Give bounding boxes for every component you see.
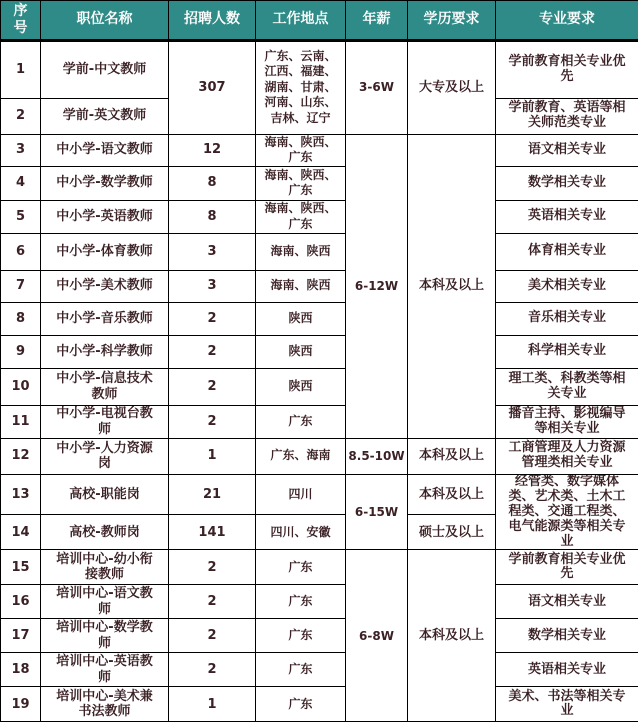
table-row: 1 学前-中文教师 307 广东、云南、江西、福建、湖南、甘肃、河南、山东、吉林… [1, 40, 638, 98]
cell-count: 2 [169, 585, 256, 619]
cell-seq: 16 [1, 585, 41, 619]
col-header-position: 职位名称 [41, 1, 169, 41]
cell-education: 本科及以上 [408, 474, 496, 514]
cell-location: 广东、云南、江西、福建、湖南、甘肃、河南、山东、吉林、辽宁 [256, 40, 346, 134]
cell-position: 中小学-美术教师 [41, 270, 169, 302]
cell-position: 中小学-科学教师 [41, 335, 169, 368]
cell-location: 广东 [256, 619, 346, 653]
table-row: 4 中小学-数学教师 8 海南、陕西、广东 数学相关专业 [1, 166, 638, 200]
cell-location: 广东、海南 [256, 438, 346, 474]
cell-salary: 6-12W [346, 134, 408, 438]
cell-count: 307 [169, 40, 256, 134]
cell-major: 英语相关专业 [496, 653, 638, 687]
cell-location: 海南、陕西、广东 [256, 200, 346, 233]
cell-seq: 8 [1, 302, 41, 335]
cell-position: 高校-职能岗 [41, 474, 169, 514]
cell-count: 2 [169, 405, 256, 438]
table: 序号 职位名称 招聘人数 工作地点 年薪 学历要求 专业要求 1 学前-中文教师… [0, 0, 638, 722]
cell-count: 2 [169, 653, 256, 687]
cell-location: 广东 [256, 405, 346, 438]
cell-count: 12 [169, 134, 256, 166]
col-header-education: 学历要求 [408, 1, 496, 41]
cell-location: 四川、安徽 [256, 515, 346, 550]
cell-position: 培训中心-英语教师 [41, 653, 169, 687]
table-row: 10 中小学-信息技术教师 2 陕西 理工类、科教类等相关专业 [1, 368, 638, 405]
cell-count: 2 [169, 302, 256, 335]
cell-count: 1 [169, 438, 256, 474]
cell-seq: 3 [1, 134, 41, 166]
cell-education: 本科及以上 [408, 550, 496, 722]
cell-position: 中小学-英语教师 [41, 200, 169, 233]
cell-seq: 14 [1, 515, 41, 550]
cell-salary: 8.5-10W [346, 438, 408, 474]
table-row: 17 培训中心-数学教师 2 广东 数学相关专业 [1, 619, 638, 653]
cell-major: 音乐相关专业 [496, 302, 638, 335]
col-header-count: 招聘人数 [169, 1, 256, 41]
cell-position: 中小学-信息技术教师 [41, 368, 169, 405]
cell-location: 四川 [256, 474, 346, 514]
cell-position: 培训中心-幼小衔接教师 [41, 550, 169, 585]
cell-position: 中小学-电视台教师 [41, 405, 169, 438]
cell-major: 数学相关专业 [496, 619, 638, 653]
cell-location: 广东 [256, 687, 346, 722]
job-recruitment-table: 序号 职位名称 招聘人数 工作地点 年薪 学历要求 专业要求 1 学前-中文教师… [0, 0, 638, 722]
cell-location: 陕西 [256, 368, 346, 405]
cell-position: 中小学-人力资源岗 [41, 438, 169, 474]
cell-seq: 7 [1, 270, 41, 302]
header-row: 序号 职位名称 招聘人数 工作地点 年薪 学历要求 专业要求 [1, 1, 638, 41]
cell-count: 2 [169, 368, 256, 405]
cell-position: 中小学-音乐教师 [41, 302, 169, 335]
cell-major: 科学相关专业 [496, 335, 638, 368]
cell-seq: 19 [1, 687, 41, 722]
cell-position: 中小学-体育教师 [41, 233, 169, 270]
table-row: 16 培训中心-语文教师 2 广东 语文相关专业 [1, 585, 638, 619]
cell-count: 2 [169, 335, 256, 368]
cell-position: 培训中心-语文教师 [41, 585, 169, 619]
table-row: 8 中小学-音乐教师 2 陕西 音乐相关专业 [1, 302, 638, 335]
cell-seq: 6 [1, 233, 41, 270]
cell-education: 本科及以上 [408, 134, 496, 438]
cell-major: 学前教育相关专业优先 [496, 40, 638, 98]
cell-salary: 6-15W [346, 474, 408, 550]
cell-major: 工商管理及人力资源管理类相关专业 [496, 438, 638, 474]
cell-education: 大专及以上 [408, 40, 496, 134]
cell-major: 语文相关专业 [496, 585, 638, 619]
cell-salary: 3-6W [346, 40, 408, 134]
cell-count: 3 [169, 270, 256, 302]
cell-seq: 12 [1, 438, 41, 474]
cell-seq: 18 [1, 653, 41, 687]
cell-count: 21 [169, 474, 256, 514]
cell-location: 广东 [256, 585, 346, 619]
table-row: 3 中小学-语文教师 12 海南、陕西、广东 6-12W 本科及以上 语文相关专… [1, 134, 638, 166]
cell-major: 英语相关专业 [496, 200, 638, 233]
table-row: 13 高校-职能岗 21 四川 6-15W 本科及以上 经管类、数字媒体类、艺术… [1, 474, 638, 514]
cell-location: 广东 [256, 550, 346, 585]
col-header-location: 工作地点 [256, 1, 346, 41]
col-header-major: 专业要求 [496, 1, 638, 41]
cell-salary: 6-8W [346, 550, 408, 722]
cell-position: 学前-中文教师 [41, 40, 169, 98]
cell-position: 中小学-数学教师 [41, 166, 169, 200]
cell-position: 学前-英文教师 [41, 98, 169, 134]
cell-major: 美术相关专业 [496, 270, 638, 302]
table-row: 9 中小学-科学教师 2 陕西 科学相关专业 [1, 335, 638, 368]
cell-location: 海南、陕西、广东 [256, 134, 346, 166]
cell-count: 1 [169, 687, 256, 722]
col-header-seq: 序号 [1, 1, 41, 41]
cell-seq: 5 [1, 200, 41, 233]
cell-count: 8 [169, 200, 256, 233]
cell-location: 陕西 [256, 302, 346, 335]
cell-count: 141 [169, 515, 256, 550]
cell-location: 海南、陕西、广东 [256, 166, 346, 200]
cell-education: 本科及以上 [408, 438, 496, 474]
table-row: 18 培训中心-英语教师 2 广东 英语相关专业 [1, 653, 638, 687]
col-header-salary: 年薪 [346, 1, 408, 41]
cell-major: 理工类、科教类等相关专业 [496, 368, 638, 405]
cell-major: 播音主持、影视编导等相关专业 [496, 405, 638, 438]
cell-location: 海南、陕西 [256, 270, 346, 302]
cell-location: 广东 [256, 653, 346, 687]
cell-count: 2 [169, 619, 256, 653]
cell-seq: 13 [1, 474, 41, 514]
cell-count: 3 [169, 233, 256, 270]
cell-seq: 2 [1, 98, 41, 134]
cell-position: 培训中心-美术兼书法教师 [41, 687, 169, 722]
cell-major: 学前教育相关专业优先 [496, 550, 638, 585]
cell-count: 8 [169, 166, 256, 200]
table-row: 12 中小学-人力资源岗 1 广东、海南 8.5-10W 本科及以上 工商管理及… [1, 438, 638, 474]
cell-major: 数学相关专业 [496, 166, 638, 200]
table-row: 15 培训中心-幼小衔接教师 2 广东 6-8W 本科及以上 学前教育相关专业优… [1, 550, 638, 585]
cell-major: 语文相关专业 [496, 134, 638, 166]
table-row: 6 中小学-体育教师 3 海南、陕西 体育相关专业 [1, 233, 638, 270]
cell-seq: 4 [1, 166, 41, 200]
cell-count: 2 [169, 550, 256, 585]
cell-seq: 10 [1, 368, 41, 405]
table-row: 7 中小学-美术教师 3 海南、陕西 美术相关专业 [1, 270, 638, 302]
table-row: 19 培训中心-美术兼书法教师 1 广东 美术、书法等相关专业 [1, 687, 638, 722]
cell-location: 陕西 [256, 335, 346, 368]
cell-location: 海南、陕西 [256, 233, 346, 270]
cell-seq: 9 [1, 335, 41, 368]
cell-position: 培训中心-数学教师 [41, 619, 169, 653]
cell-position: 中小学-语文教师 [41, 134, 169, 166]
cell-education: 硕士及以上 [408, 515, 496, 550]
table-row: 11 中小学-电视台教师 2 广东 播音主持、影视编导等相关专业 [1, 405, 638, 438]
cell-seq: 17 [1, 619, 41, 653]
cell-major: 学前教育、英语等相关师范类专业 [496, 98, 638, 134]
cell-major: 体育相关专业 [496, 233, 638, 270]
table-row: 5 中小学-英语教师 8 海南、陕西、广东 英语相关专业 [1, 200, 638, 233]
cell-position: 高校-教师岗 [41, 515, 169, 550]
cell-major: 美术、书法等相关专业 [496, 687, 638, 722]
cell-seq: 11 [1, 405, 41, 438]
cell-seq: 1 [1, 40, 41, 98]
cell-major: 经管类、数字媒体类、艺术类、土木工程类、交通工程类、电气能源类等相关专业 [496, 474, 638, 550]
cell-seq: 15 [1, 550, 41, 585]
